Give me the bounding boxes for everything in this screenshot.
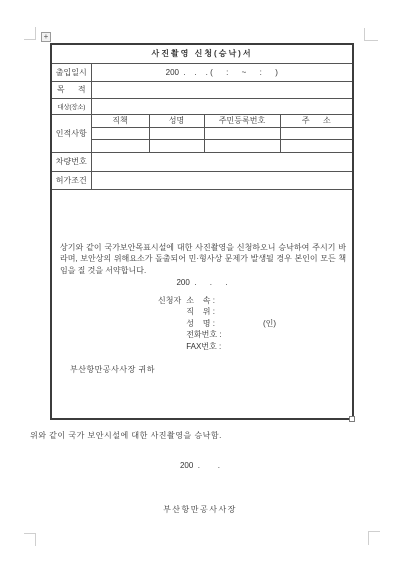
applicant-fax-line[interactable]: FAX번호 : (186, 341, 276, 353)
permit-conditions-field[interactable] (91, 171, 353, 189)
table-resize-handle[interactable] (349, 416, 355, 422)
vehicle-number-label: 차량번호 (51, 152, 91, 171)
personal-row1-address[interactable] (280, 127, 353, 139)
col-header-name: 성명 (149, 114, 204, 127)
personal-row1-resident-id[interactable] (204, 127, 280, 139)
form-title: 사진촬영 신청(승낙)서 (51, 44, 353, 63)
personal-info-label: 인적사항 (51, 114, 91, 152)
seal-mark: (인) (263, 318, 276, 330)
applicant-affiliation-line[interactable]: 소 속 : (186, 295, 276, 307)
personal-row1-position[interactable] (91, 127, 149, 139)
personal-row1-name[interactable] (149, 127, 204, 139)
entry-datetime-label: 출입일시 (51, 63, 91, 81)
vehicle-number-field[interactable] (91, 152, 353, 171)
crop-mark-bottom-left (24, 533, 36, 546)
crop-mark-top-left (24, 27, 36, 40)
col-header-position: 직책 (91, 114, 149, 127)
approval-date: 200 . . (0, 461, 400, 470)
target-location-field[interactable] (91, 98, 353, 114)
approval-signer: 부산항만공사사장 (0, 504, 400, 515)
application-form-table: 사진촬영 신청(승낙)서 출입일시 200 . . . ( : ~ : ) 목 … (50, 43, 354, 420)
table-anchor-icon[interactable]: + (41, 32, 51, 42)
pledge-date: 200 . . . (52, 278, 352, 287)
personal-row2-address[interactable] (280, 139, 353, 152)
crop-mark-bottom-right (368, 531, 380, 545)
applicant-name-line[interactable]: 성 명 :(인) (186, 318, 276, 330)
purpose-field[interactable] (91, 81, 353, 98)
col-header-address: 주 소 (280, 114, 353, 127)
permit-conditions-label: 허가조건 (51, 171, 91, 189)
applicant-label: 신청자 (158, 295, 181, 353)
crop-mark-top-right (364, 28, 378, 41)
approval-statement: 위와 같이 국가 보안시설에 대한 사진촬영을 승낙함. (30, 430, 222, 441)
personal-row2-resident-id[interactable] (204, 139, 280, 152)
purpose-label: 목 적 (51, 81, 91, 98)
applicant-phone-line[interactable]: 전화번호 : (186, 329, 276, 341)
applicant-position-line[interactable]: 직 위 : (186, 306, 276, 318)
target-location-label: 대상(장소) (51, 98, 91, 114)
applicant-block: 신청자 소 속 : 직 위 : 성 명 :(인) 전화번호 : FAX번호 : (158, 295, 276, 353)
pledge-paragraph: 상기와 같이 국가보안목표시설에 대한 사진촬영을 신청하오니 승낙하여 주시기… (60, 242, 346, 277)
personal-row2-position[interactable] (91, 139, 149, 152)
document-page: + 사진촬영 신청(승낙)서 출입일시 200 . . . ( : ~ : ) … (0, 0, 400, 567)
personal-row2-name[interactable] (149, 139, 204, 152)
entry-datetime-field[interactable]: 200 . . . ( : ~ : ) (91, 63, 353, 81)
recipient-line: 부산항만공사사장 귀하 (70, 364, 155, 375)
col-header-resident-id: 주민등록번호 (204, 114, 280, 127)
pledge-section: 상기와 같이 국가보안목표시설에 대한 사진촬영을 신청하오니 승낙하여 주시기… (52, 190, 352, 419)
